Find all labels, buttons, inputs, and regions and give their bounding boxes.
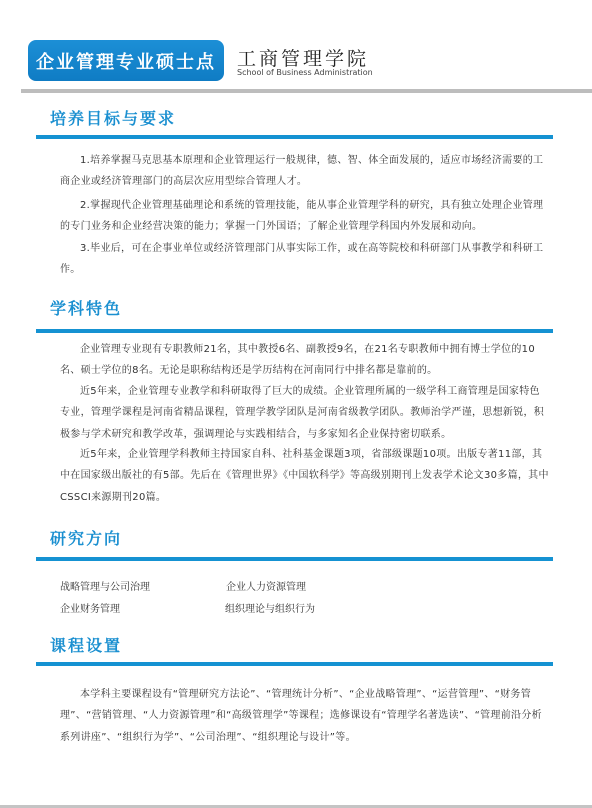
section-divider-goals — [36, 135, 553, 139]
section-title-research: 研究方向 — [50, 526, 122, 549]
header-divider — [21, 89, 592, 93]
header-badge: 企业管理专业硕士点 — [28, 40, 224, 81]
section-divider-courses — [36, 662, 553, 666]
features-paragraph-1: 企业管理专业现有专职教师21名，其中教授6名、副教授9名，在21名专职教师中拥有… — [60, 339, 550, 382]
section-title-courses: 课程设置 — [50, 633, 122, 656]
section-title-features: 学科特色 — [50, 296, 122, 319]
section-title-goals: 培养目标与要求 — [50, 106, 176, 129]
goals-paragraph-3: 3.毕业后，可在企事业单位或经济管理部门从事实际工作，或在高等院校和科研部门从事… — [60, 238, 550, 281]
research-item: 企业财务管理 — [60, 600, 120, 615]
research-item: 组织理论与组织行为 — [225, 600, 315, 615]
features-paragraph-3: 近5年来，企业管理学科教师主持国家自科、社科基金课题3项，省部级课题10项。出版… — [60, 444, 550, 508]
section-divider-features — [36, 329, 553, 333]
goals-paragraph-2: 2.掌握现代企业管理基础理论和系统的管理技能，能从事企业管理学科的研究，具有独立… — [60, 195, 550, 238]
research-item: 战略管理与公司治理 — [60, 578, 150, 593]
school-title: 工商管理学院 — [237, 44, 369, 71]
research-item: 企业人力资源管理 — [226, 578, 306, 593]
features-paragraph-2: 近5年来，企业管理专业教学和科研取得了巨大的成绩。企业管理所属的一级学科工商管理… — [60, 381, 550, 445]
section-divider-research — [36, 557, 553, 561]
goals-paragraph-1: 1.培养掌握马克思基本原理和企业管理运行一般规律，德、智、体全面发展的，适应市场… — [60, 150, 550, 193]
school-subtitle: School of Business Administration — [237, 68, 373, 77]
courses-paragraph: 本学科主要课程设有“管理研究方法论”、“管理统计分析”、“企业战略管理”、“运营… — [60, 684, 550, 748]
